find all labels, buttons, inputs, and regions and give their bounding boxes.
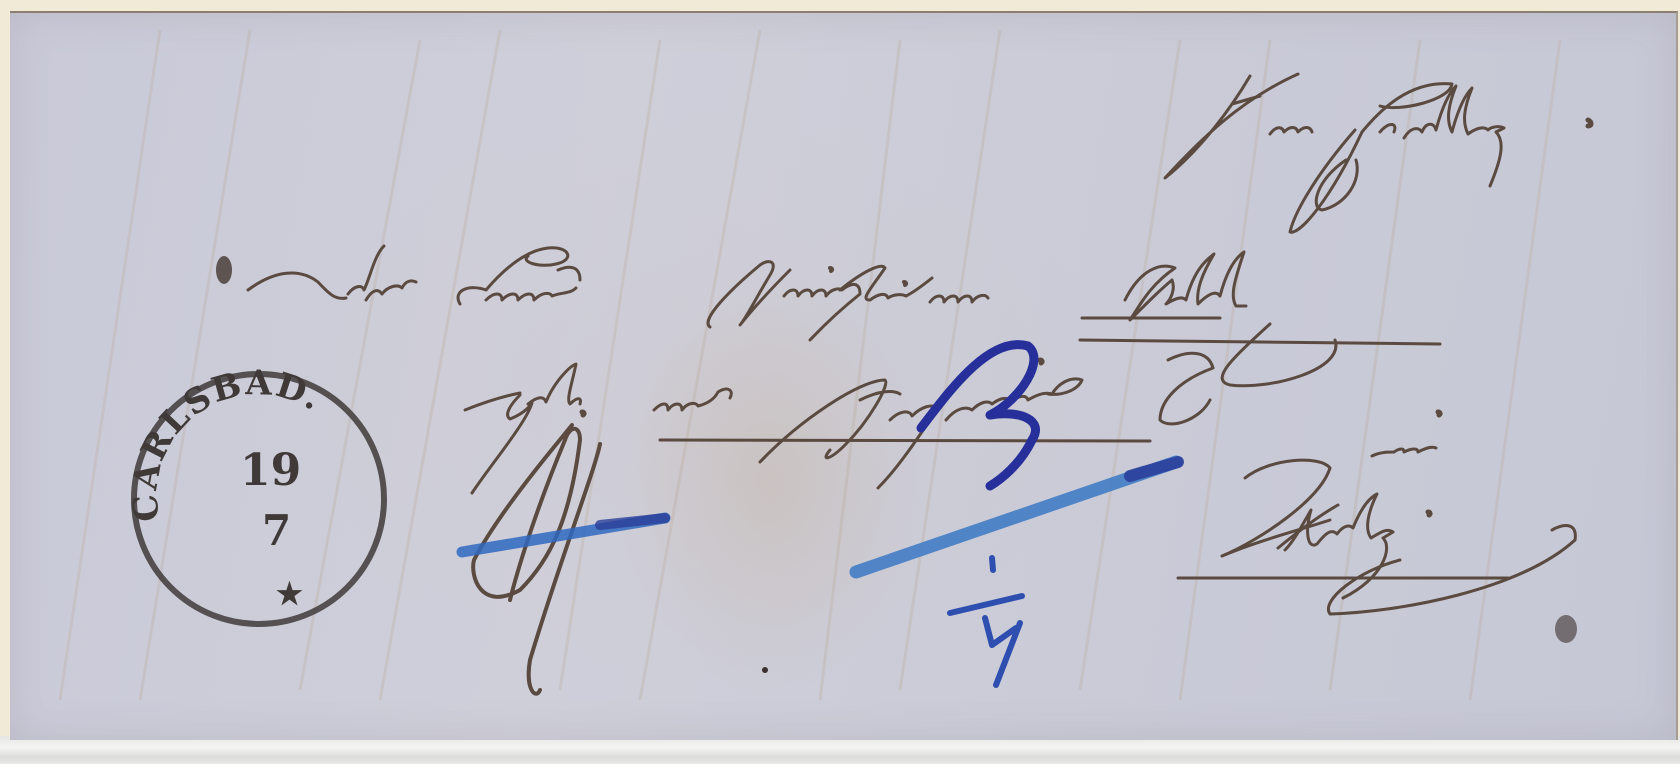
svg-text:★: ★ xyxy=(276,577,303,612)
svg-text:19: 19 xyxy=(240,445,301,496)
destination-script xyxy=(1178,460,1575,614)
manuscript-rate-3 xyxy=(921,345,1036,486)
svg-text:7: 7 xyxy=(262,506,291,555)
ink-blot-right xyxy=(1555,615,1577,643)
postmark-carlsbad: CARLSBAD. 19 7 ★ xyxy=(125,363,384,624)
honorific-script xyxy=(1165,74,1591,232)
ink-blot-left xyxy=(216,256,232,284)
svg-text:CARLSBAD.: CARLSBAD. xyxy=(125,363,330,523)
handwriting-layer: CARLSBAD. 19 7 ★ xyxy=(0,0,1680,764)
preposition-in-script xyxy=(1372,412,1440,456)
manuscript-fraction xyxy=(950,558,1022,685)
address-line2-script xyxy=(465,353,1213,493)
address-line1-script xyxy=(248,246,1440,386)
scan-canvas: Ihrer Excellenz der Frau Ministerin von … xyxy=(0,0,1680,764)
